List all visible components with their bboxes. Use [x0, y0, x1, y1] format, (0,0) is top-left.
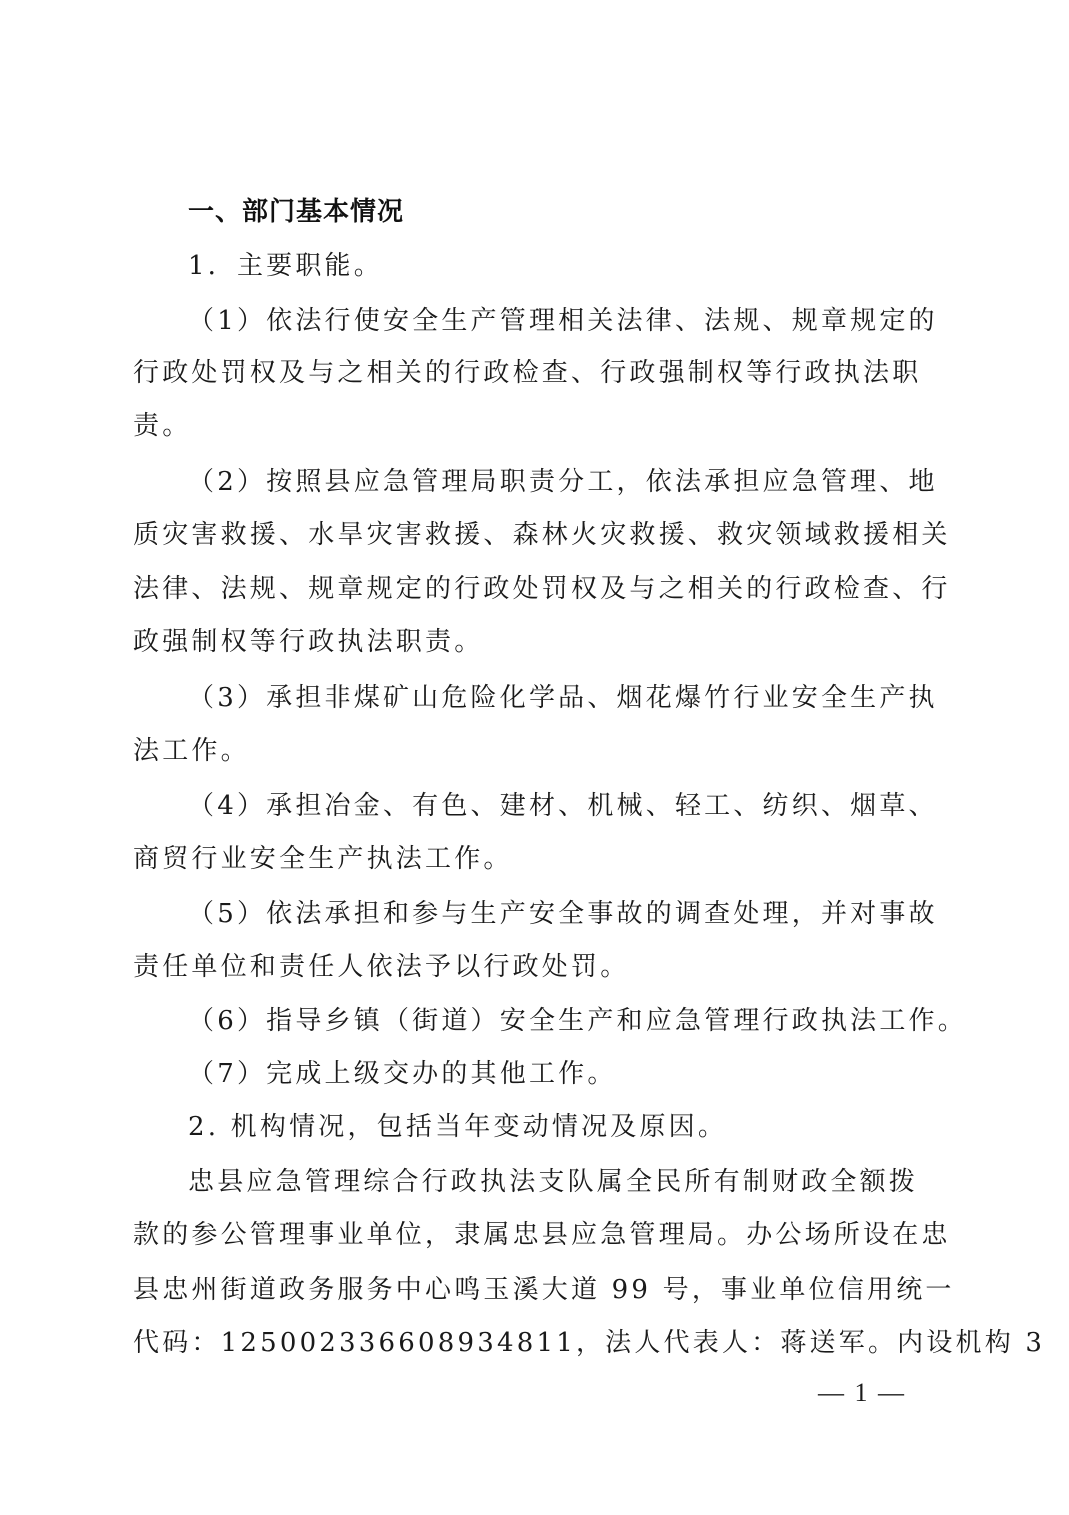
function-4-line-2: 商贸行业安全生产执法工作。	[133, 841, 938, 877]
function-2-line-3: 法律、法规、规章规定的行政处罚权及与之相关的行政检查、行	[133, 571, 938, 607]
function-1-line-2: 行政处罚权及与之相关的行政检查、行政强制权等行政执法职	[133, 355, 938, 391]
item2-title: 2. 机构情况，包括当年变动情况及原因。	[188, 1109, 938, 1145]
document-page: 一、部门基本情况 1．主要职能。 （1）依法行使安全生产管理相关法律、法规、规章…	[0, 0, 1069, 1515]
function-1-line-1: （1）依法行使安全生产管理相关法律、法规、规章规定的	[188, 303, 938, 339]
function-5-line-1: （5）依法承担和参与生产安全事故的调查处理，并对事故	[188, 896, 938, 932]
function-3-line-1: （3）承担非煤矿山危险化学品、烟花爆竹行业安全生产执	[188, 680, 938, 716]
item1-title: 1．主要职能。	[188, 248, 938, 284]
org-paragraph-line-3: 县忠州街道政务服务中心鸣玉溪大道 99 号，事业单位信用统一	[133, 1272, 938, 1308]
function-7-line-1: （7）完成上级交办的其他工作。	[188, 1056, 938, 1092]
function-2-line-2: 质灾害救援、水旱灾害救援、森林火灾救援、救灾领域救援相关	[133, 517, 938, 553]
org-paragraph-line-2: 款的参公管理事业单位，隶属忠县应急管理局。办公场所设在忠	[133, 1217, 938, 1253]
function-2-line-1: （2）按照县应急管理局职责分工，依法承担应急管理、地	[188, 464, 938, 500]
function-3-line-2: 法工作。	[133, 733, 938, 769]
function-1-line-3: 责。	[133, 408, 938, 444]
function-4-line-1: （4）承担冶金、有色、建材、机械、轻工、纺织、烟草、	[188, 788, 938, 824]
section-heading: 一、部门基本情况	[188, 194, 993, 230]
function-2-line-4: 政强制权等行政执法职责。	[133, 624, 938, 660]
org-paragraph-line-4: 代码：125002336608934811，法人代表人：蒋送军。内设机构 3	[133, 1325, 938, 1361]
org-paragraph-line-1: 忠县应急管理综合行政执法支队属全民所有制财政全额拨	[188, 1164, 938, 1200]
page-number: — 1 —	[818, 1378, 906, 1408]
function-6-line-1: （6）指导乡镇（街道）安全生产和应急管理行政执法工作。	[188, 1003, 938, 1039]
function-5-line-2: 责任单位和责任人依法予以行政处罚。	[133, 949, 938, 985]
